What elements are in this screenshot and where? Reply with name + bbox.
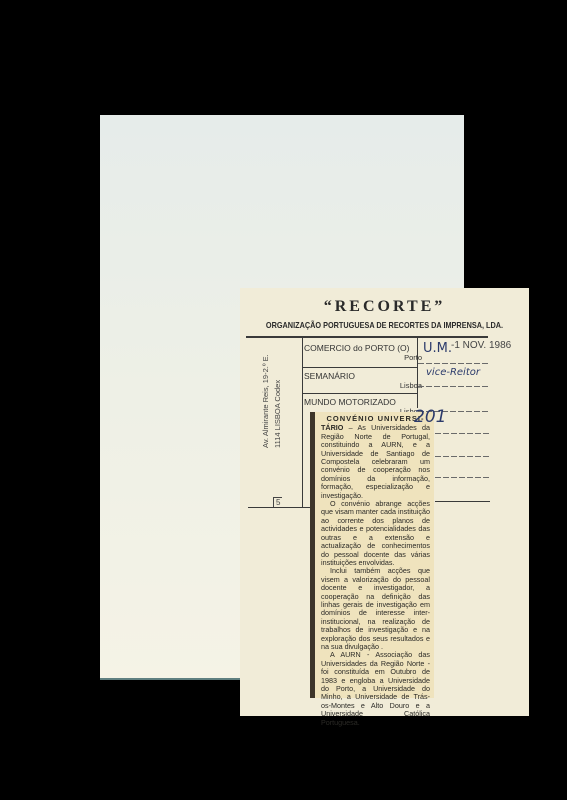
publication-row: SEMANÁRIO Lisboa [304, 371, 422, 390]
publication-name: MUNDO MOTORIZADO [304, 397, 396, 407]
article-paragraph: A AURN - Associação das Universidades da… [321, 651, 430, 727]
publication-row: COMERCIO do PORTO (O) Porto [304, 343, 422, 362]
row-rule [435, 501, 490, 502]
dotted-rule [435, 433, 490, 434]
press-clipping-form: “RECORTE” ORGANIZAÇÃO PORTUGUESA DE RECO… [240, 288, 529, 716]
dotted-rule [418, 386, 488, 387]
bottom-rule [248, 507, 310, 508]
header-rule [246, 336, 488, 338]
article-paragraph: Inclui também acções que visem a valoriz… [321, 567, 430, 651]
publication-name: COMERCIO do PORTO (O) [304, 343, 409, 353]
article-paragraph: – As Universidades da Região Norte de Po… [321, 423, 430, 499]
agency-name: “RECORTE” [240, 298, 529, 316]
news-article: CONVÉNIO UNIVERSI-TÁRIO – As Universidad… [310, 412, 434, 698]
article-paragraph: O convénio abrange acções que visam mant… [321, 500, 430, 567]
address-line: 1114 LISBOA Codex [272, 354, 284, 448]
article-lead: CONVÉNIO UNIVERSI-TÁRIO – As Universidad… [321, 415, 430, 500]
page-number-box: 5 [273, 497, 282, 507]
agency-full-name: ORGANIZAÇÃO PORTUGUESA DE RECORTES DA IM… [257, 320, 511, 330]
dotted-rule [435, 477, 490, 478]
row-rule [302, 367, 417, 368]
dotted-rule [435, 456, 490, 457]
publication-city: Porto [304, 353, 422, 362]
handwritten-note: vice-Reitor [426, 367, 480, 378]
date-stamp: -1 NOV. 1986 [451, 340, 511, 351]
row-rule [302, 393, 417, 394]
address-line: Av. Almirante Reis, 19-2.º E. [260, 354, 272, 448]
handwritten-source: U.M. [423, 341, 452, 356]
publication-city: Lisboa [304, 381, 422, 390]
publication-name: SEMANÁRIO [304, 371, 355, 381]
handwritten-number: 201 [414, 407, 446, 427]
dotted-rule [418, 363, 488, 364]
agency-address: Av. Almirante Reis, 19-2.º E. 1114 LISBO… [260, 354, 284, 448]
mounting-card: “RECORTE” ORGANIZAÇÃO PORTUGUESA DE RECO… [100, 115, 464, 678]
column-divider [302, 338, 303, 508]
